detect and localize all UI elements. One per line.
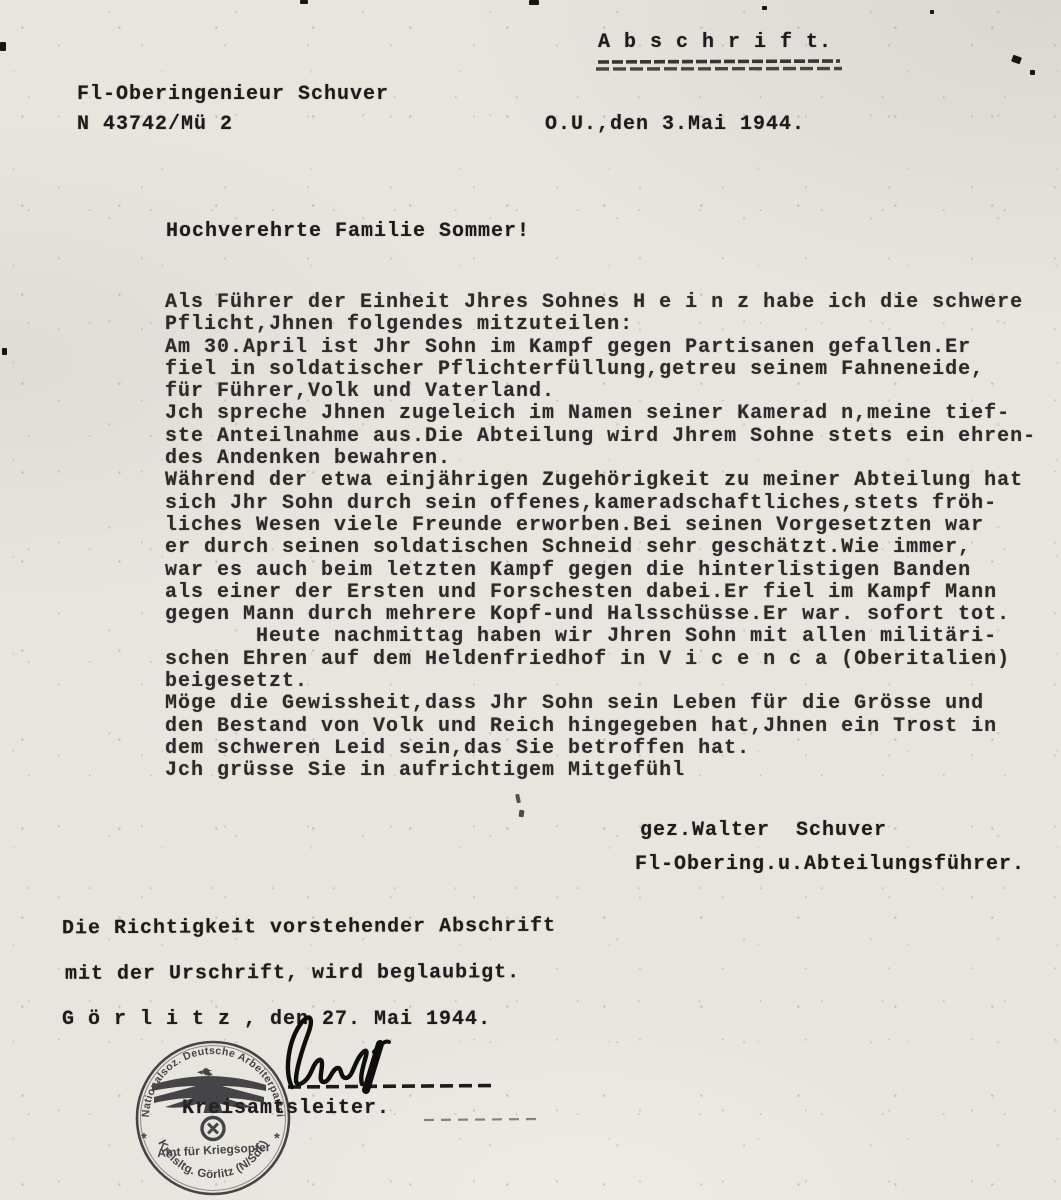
scan-speck — [1030, 70, 1035, 75]
salutation: Hochverehrte Familie Sommer! — [166, 221, 530, 243]
sender-name: Fl-Oberingenieur Schuver — [77, 84, 389, 106]
scan-speck — [762, 6, 767, 10]
handwritten-signature — [262, 1012, 412, 1104]
stamp-star-left: * — [141, 1130, 147, 1147]
scan-speck — [529, 0, 539, 5]
scan-speck — [300, 0, 308, 4]
letter-body: Als Führer der Einheit Jhres Sohnes H e … — [165, 292, 1036, 783]
eagle-emblem — [152, 1068, 266, 1139]
scan-speck — [0, 42, 6, 51]
scanned-letter-page: A b s c h r i f t. Fl-Oberingenieur Schu… — [0, 0, 1061, 1200]
signature-line-secondary — [424, 1116, 544, 1124]
scan-speck — [2, 348, 7, 355]
typed-signature: gez.Walter Schuver — [640, 820, 887, 842]
abschrift-underline — [596, 58, 844, 74]
scan-speck — [519, 810, 525, 818]
stamp-star-right: * — [274, 1130, 280, 1147]
scan-speck — [930, 10, 934, 14]
certification-line1: Die Richtigkeit vorstehender Abschrift — [62, 916, 556, 941]
abschrift-heading: A b s c h r i f t. — [598, 32, 832, 54]
certification-line2: mit der Urschrift, wird beglaubigt. — [65, 962, 520, 986]
signer-role: Fl-Obering.u.Abteilungsführer. — [635, 854, 1025, 876]
dateline: O.U.,den 3.Mai 1944. — [545, 114, 805, 136]
scan-speck — [515, 794, 521, 804]
sender-reference: N 43742/Mü 2 — [77, 114, 233, 136]
scan-speck — [1011, 55, 1022, 65]
